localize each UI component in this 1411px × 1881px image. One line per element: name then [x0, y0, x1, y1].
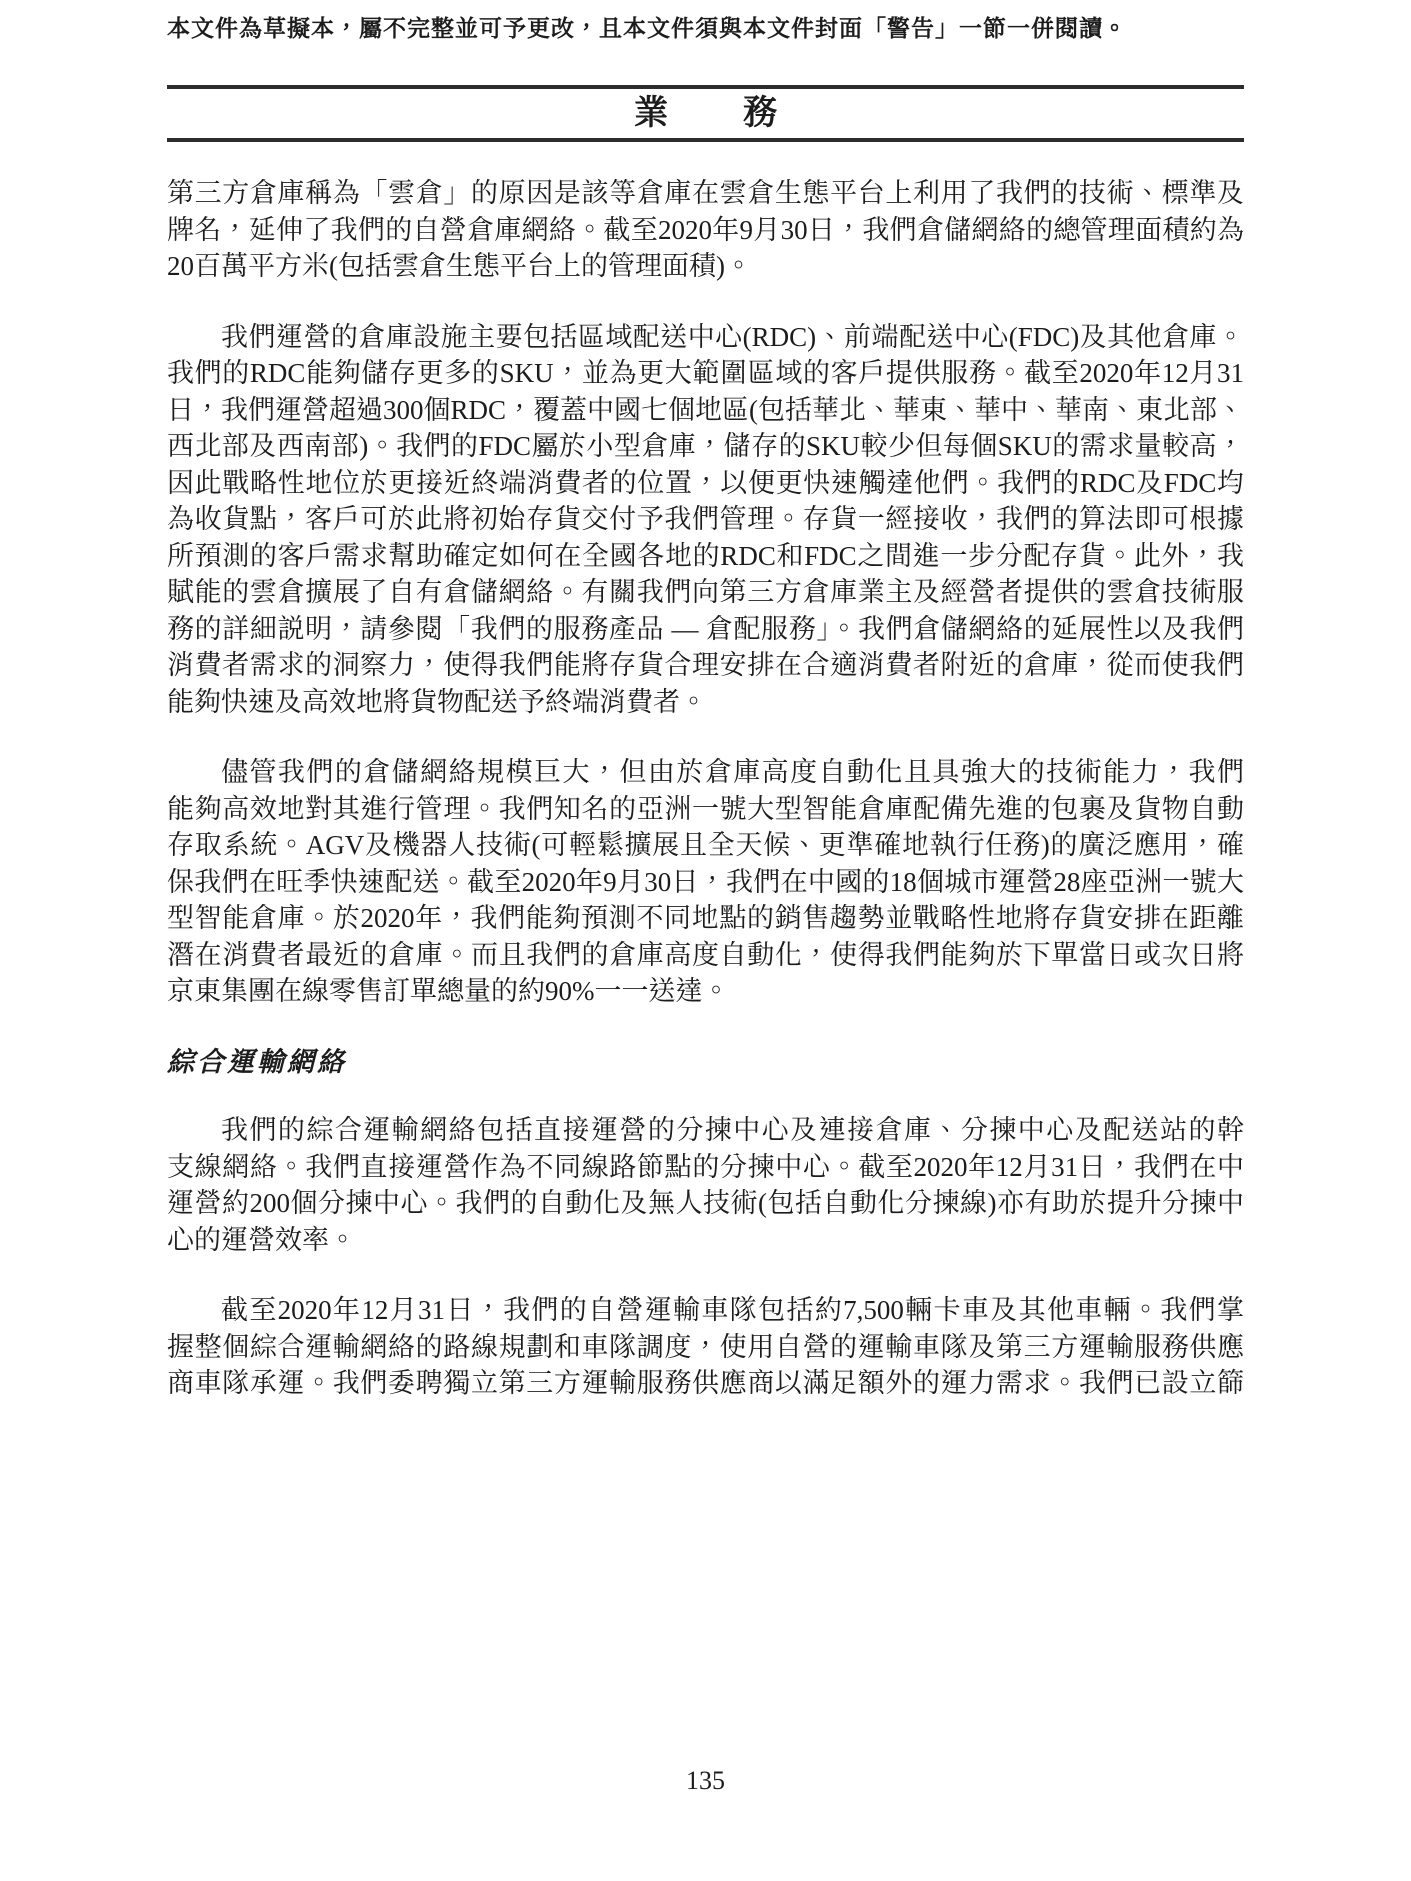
text-line: 商車隊承運。我們委聘獨立第三方運輸服務供應商以滿足額外的運力需求。我們已設立篩 [167, 1365, 1244, 1402]
text-line: 為收貨點，客戶可於此將初始存貨交付予我們管理。存貨一經接收，我們的算法即可根據 [167, 501, 1244, 538]
paragraph: 我們運營的倉庫設施主要包括區域配送中心(RDC)、前端配送中心(FDC)及其他倉… [167, 319, 1244, 721]
text-line: 因此戰略性地位於更接近終端消費者的位置，以便更快速觸達他們。我們的RDC及FDC… [167, 465, 1244, 502]
paragraph: 截至2020年12月31日，我們的自營運輸車隊包括約7,500輛卡車及其他車輛。… [167, 1292, 1244, 1402]
subsection-heading: 綜合運輸網絡 [167, 1044, 1244, 1081]
body-text: 第三方倉庫稱為「雲倉」的原因是該等倉庫在雲倉生態平台上利用了我們的技術、標準及品… [167, 175, 1244, 1402]
text-line: 西北部及西南部)。我們的FDC屬於小型倉庫，儲存的SKU較少但每個SKU的需求量… [167, 428, 1244, 465]
text-line: 握整個綜合運輸網絡的路線規劃和車隊調度，使用自營的運輸車隊及第三方運輸服務供應 [167, 1329, 1244, 1366]
paragraph: 第三方倉庫稱為「雲倉」的原因是該等倉庫在雲倉生態平台上利用了我們的技術、標準及品… [167, 175, 1244, 285]
text-line: 運營約200個分揀中心。我們的自動化及無人技術(包括自動化分揀線)亦有助於提升分… [167, 1185, 1244, 1222]
text-line: 我們的RDC能夠儲存更多的SKU，並為更大範圍區域的客戶提供服務。截至2020年… [167, 355, 1244, 392]
paragraph: 我們的綜合運輸網絡包括直接運營的分揀中心及連接倉庫、分揀中心及配送站的幹支線網絡… [167, 1112, 1244, 1258]
text-line: 心的運營效率。 [167, 1222, 1244, 1259]
text-line: 保我們在旺季快速配送。截至2020年9月30日，我們在中國的18個城市運營28座… [167, 864, 1244, 901]
title-rule-bottom [167, 138, 1244, 142]
text-line: 日，我們運營超過300個RDC，覆蓋中國七個地區(包括華北、華東、華中、華南、東… [167, 392, 1244, 429]
page-number: 135 [0, 1766, 1411, 1796]
text-line: 我們的綜合運輸網絡包括直接運營的分揀中心及連接倉庫、分揀中心及配送站的幹 [167, 1112, 1244, 1149]
text-line: 牌名，延伸了我們的自營倉庫網絡。截至2020年9月30日，我們倉儲網絡的總管理面… [167, 212, 1244, 249]
text-line: 京東集團在線零售訂單總量的約90%一一送達。 [167, 973, 1244, 1010]
text-line: 我們運營的倉庫設施主要包括區域配送中心(RDC)、前端配送中心(FDC)及其他倉… [167, 319, 1244, 356]
draft-disclaimer: 本文件為草擬本，屬不完整並可予更改，且本文件須與本文件封面「警告」一節一併閱讀。 [167, 14, 1244, 44]
text-line: 賦能的雲倉擴展了自有倉儲網絡。有關我們向第三方倉庫業主及經營者提供的雲倉技術服 [167, 574, 1244, 611]
paragraph: 儘管我們的倉儲網絡規模巨大，但由於倉庫高度自動化且具強大的技術能力，我們能夠高效… [167, 754, 1244, 1010]
text-line: 存取系統。AGV及機器人技術(可輕鬆擴展且全天候、更準確地執行任務)的廣泛應用，… [167, 827, 1244, 864]
document-page: 本文件為草擬本，屬不完整並可予更改，且本文件須與本文件封面「警告」一節一併閱讀。… [0, 0, 1411, 1881]
text-line: 所預測的客戶需求幫助確定如何在全國各地的RDC和FDC之間進一步分配存貨。此外，… [167, 538, 1244, 575]
text-line: 能夠高效地對其進行管理。我們知名的亞洲一號大型智能倉庫配備先進的包裹及貨物自動 [167, 791, 1244, 828]
text-line: 潛在消費者最近的倉庫。而且我們的倉庫高度自動化，使得我們能夠於下單當日或次日將 [167, 937, 1244, 974]
text-line: 儘管我們的倉儲網絡規模巨大，但由於倉庫高度自動化且具強大的技術能力，我們 [167, 754, 1244, 791]
text-line: 第三方倉庫稱為「雲倉」的原因是該等倉庫在雲倉生態平台上利用了我們的技術、標準及品 [167, 175, 1244, 212]
text-line: 消費者需求的洞察力，使得我們能將存貨合理安排在合適消費者附近的倉庫，從而使我們 [167, 647, 1244, 684]
text-line: 能夠快速及高效地將貨物配送予終端消費者。 [167, 684, 1244, 721]
text-line: 型智能倉庫。於2020年，我們能夠預測不同地點的銷售趨勢並戰略性地將存貨安排在距… [167, 900, 1244, 937]
page-content: 本文件為草擬本，屬不完整並可予更改，且本文件須與本文件封面「警告」一節一併閱讀。… [167, 0, 1244, 1402]
section-title: 業務 [167, 89, 1244, 138]
text-line: 20百萬平方米(包括雲倉生態平台上的管理面積)。 [167, 248, 1244, 285]
text-line: 截至2020年12月31日，我們的自營運輸車隊包括約7,500輛卡車及其他車輛。… [167, 1292, 1244, 1329]
text-line: 支線網絡。我們直接運營作為不同線路節點的分揀中心。截至2020年12月31日，我… [167, 1149, 1244, 1186]
text-line: 務的詳細説明，請參閱「我們的服務產品 — 倉配服務」。我們倉儲網絡的延展性以及我… [167, 611, 1244, 648]
